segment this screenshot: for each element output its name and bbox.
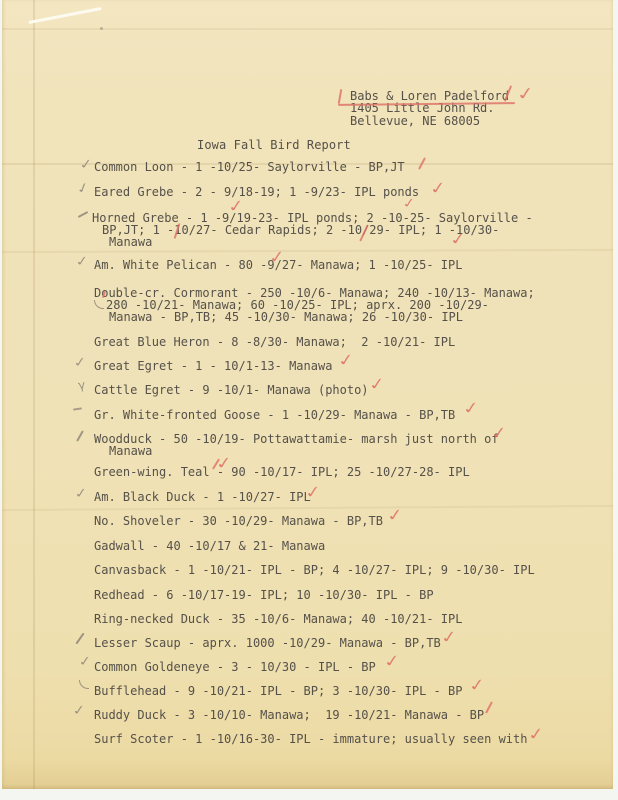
paper-speck	[100, 27, 103, 30]
report-line: Cattle Egret - 9 -10/1- Manawa (photo)	[94, 384, 369, 396]
report-line: Ruddy Duck - 3 -10/10- Manawa; 19 -10/21…	[94, 709, 484, 721]
red-check-mark: ✓	[367, 375, 387, 393]
red-check-mark: ✓	[382, 652, 402, 670]
red-check-mark: ✓	[526, 725, 546, 743]
report-line: Canvasback - 1 -10/21- IPL - BP; 4 -10/2…	[94, 564, 535, 576]
report-title: Iowa Fall Bird Report	[197, 139, 351, 151]
report-line: Redhead - 6 -10/17-19- IPL; 10 -10/30- I…	[94, 589, 434, 601]
red-slash-mark	[418, 157, 426, 169]
pencil-check-mark: ✓	[78, 157, 94, 172]
report-line: Common Goldeneye - 3 - 10/30 - IPL - BP	[94, 661, 376, 673]
pencil-check-mark: ✓	[72, 355, 88, 370]
red-bracket-left-hook	[338, 89, 343, 104]
red-check-mark: ✓	[428, 179, 448, 197]
report-line: Manawa	[109, 236, 152, 248]
pencil-check-mark: ✓	[74, 254, 90, 269]
red-check-mark: ✓	[461, 399, 481, 417]
horizontal-fold-crease	[2, 505, 613, 511]
pencil-check-mark: ✓	[77, 654, 93, 669]
sender-street: 1405 Little John Rd.	[350, 102, 495, 114]
report-line: Green-wing. Teal - 90 -10/17- IPL; 25 -1…	[94, 466, 470, 478]
report-line: BP,JT; 1 -10/27- Cedar Rapids; 2 -10/29-…	[102, 224, 499, 236]
pencil-dash-mark	[73, 407, 82, 410]
report-line: Manawa	[109, 445, 152, 457]
report-line: Surf Scoter - 1 -10/16-30- IPL - immatur…	[94, 733, 527, 745]
report-line: Great Egret - 1 - 10/1-13- Manawa	[94, 360, 332, 372]
report-line: Eared Grebe - 2 - 9/18-19; 1 -9/23- IPL …	[94, 186, 419, 198]
report-line: No. Shoveler - 30 -10/29- Manawa - BP,TB	[94, 515, 383, 527]
vertical-fold-crease	[33, 0, 35, 789]
scanned-document-page: Babs & Loren Padelford 1405 Little John …	[2, 0, 613, 789]
horizontal-fold-crease	[2, 249, 613, 253]
red-check-mark: ✓	[515, 84, 536, 103]
report-line: Gr. White-fronted Goose - 1 -10/29- Mana…	[94, 409, 455, 421]
red-slash-mark	[485, 701, 493, 713]
horizontal-fold-crease	[2, 28, 613, 30]
sender-city: Bellevue, NE 68005	[350, 115, 480, 127]
pencil-check-mark: ✓	[71, 703, 87, 718]
pencil-check-mark: ✓	[74, 180, 91, 197]
report-line: Great Blue Heron - 8 -8/30- Manawa; 2 -1…	[94, 336, 455, 348]
red-check-mark: ✓	[385, 506, 405, 524]
pencil-slash-mark	[78, 211, 89, 218]
pencil-curve-mark	[79, 680, 89, 689]
report-line: Common Loon - 1 -10/25- Saylorville - BP…	[94, 161, 405, 173]
report-line: Am. Black Duck - 1 -10/27- IPL	[94, 491, 311, 503]
report-line: Ring-necked Duck - 35 -10/6- Manawa; 40 …	[94, 613, 462, 625]
report-line: Manawa - BP,TB; 45 -10/30- Manawa; 26 -1…	[109, 311, 463, 323]
report-line: Bufflehead - 9 -10/21- IPL - BP; 3 -10/3…	[94, 685, 462, 697]
pencil-slash-mark	[75, 633, 84, 645]
red-check-mark: ✓	[336, 351, 356, 369]
report-line: Gadwall - 40 -10/17 & 21- Manawa	[94, 540, 325, 552]
red-check-mark: ✓	[439, 628, 459, 646]
report-line: Lesser Scaup - aprx. 1000 -10/29- Manawa…	[94, 637, 441, 649]
pencil-curve-mark	[94, 300, 104, 309]
report-line: Am. White Pelican - 80 -9/27- Manawa; 1 …	[94, 259, 462, 271]
pencil-check-mark: ✓	[73, 486, 89, 501]
red-check-mark: ✓	[467, 676, 487, 694]
pencil-gamma-mark: γ	[77, 379, 86, 392]
report-line: Woodduck - 50 -10/19- Pottawattamie- mar…	[94, 433, 499, 445]
pencil-slash-mark	[76, 430, 84, 441]
paper-scratch	[28, 7, 101, 24]
